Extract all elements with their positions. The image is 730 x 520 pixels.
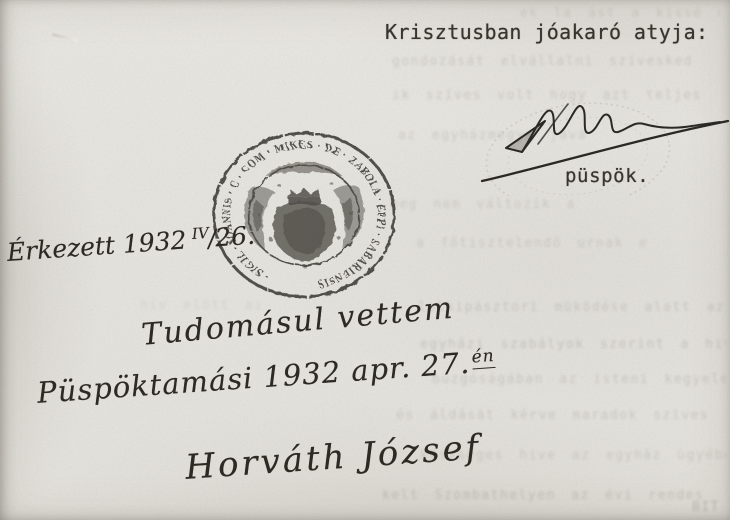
bleedthrough-line: lelkipásztori müködése alatt az [418,300,726,315]
episcopal-seal-stamp: · SIGIL · IOANNIS · C · COM · MIKES · DE… [207,127,401,303]
place-date-note: Püspöktamási 1932 apr. 27.én [36,344,496,410]
bleedthrough-line: BIT [692,500,728,515]
countersignature: Horváth József [184,427,482,488]
typed-signer-title: püspök. [565,165,649,187]
typed-salutation: Krisztusban jóakaró atyja: [385,20,708,44]
seal-coat-of-arms [244,162,364,268]
bleedthrough-line: gondozását elvállalni szívesked [392,54,726,69]
bleedthrough-line: és áldását kérve maradok szives [396,408,726,423]
bleedthrough-line: kelt Szombathelyen az évi rendes [382,488,726,503]
bleedthrough-line: ek la ást a kissé meg [520,6,720,21]
place-date-main: Püspöktamási 1932 apr. 27. [36,346,471,410]
paper-crease [52,33,78,42]
scanned-document-paper: ek la ást a kissé meggondozását elvállal… [0,0,730,520]
place-date-suffix: én [471,346,495,370]
bleedthrough-line: meg nem változik az [390,197,576,212]
bleedthrough-line: a főtisztelendő urnak e [416,236,654,251]
received-note-month: IV [191,224,209,243]
received-note-day: 26. [214,221,256,253]
received-note-prefix: Érkezett 1932 [6,225,187,266]
